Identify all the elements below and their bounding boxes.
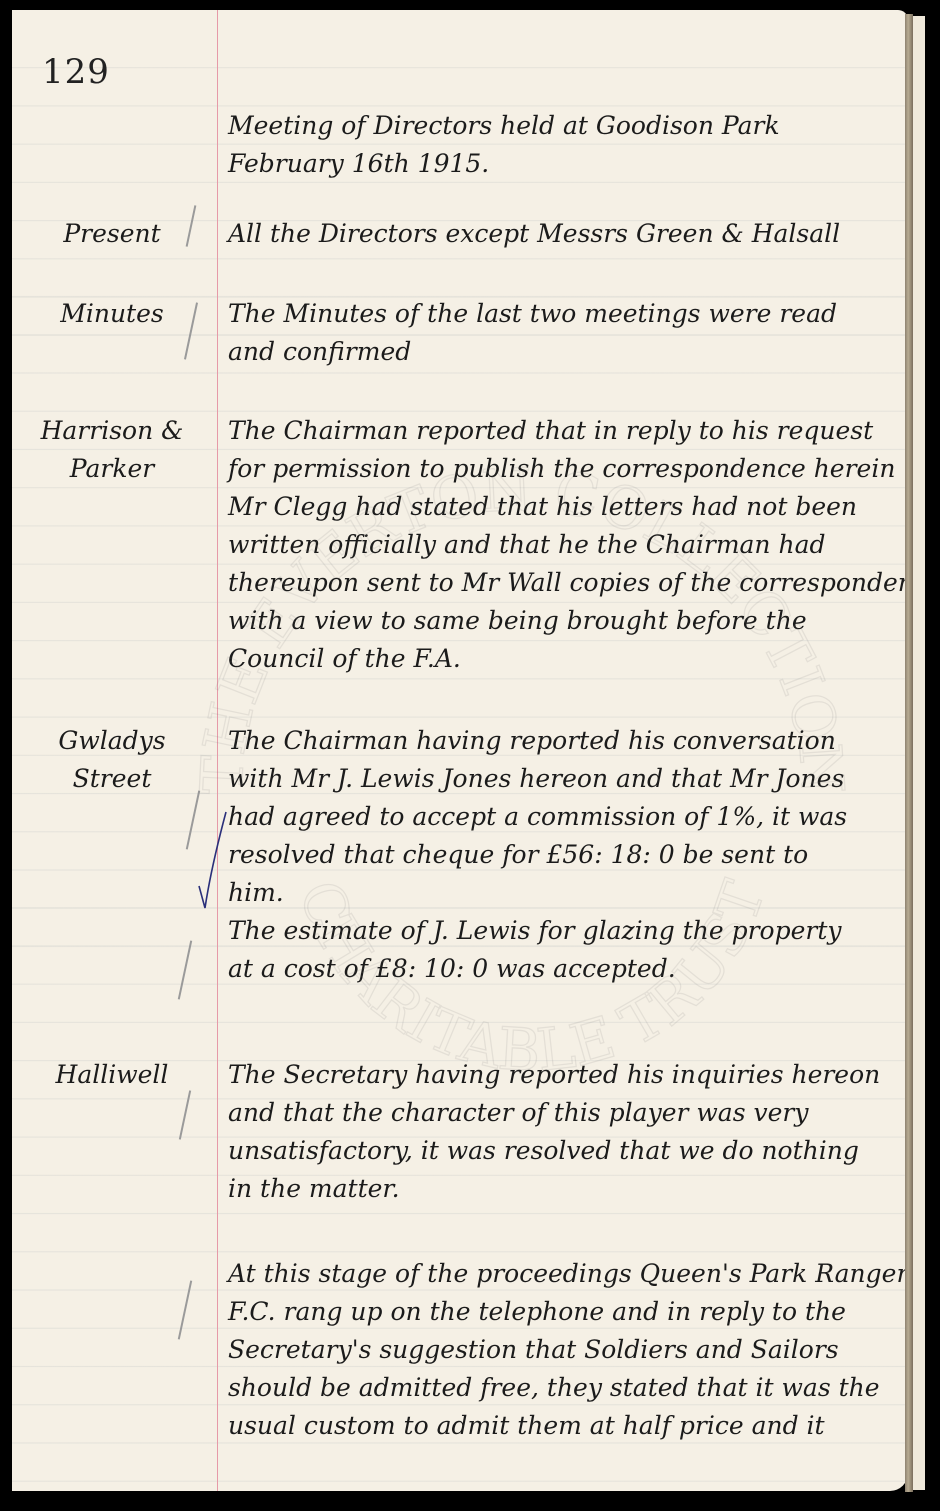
heading-date: February 16th 1915. bbox=[228, 145, 780, 183]
entry-body: The Chairman having reported his convers… bbox=[228, 722, 847, 988]
entry-body: All the Directors except Messrs Green & … bbox=[228, 215, 840, 253]
heading-title: Meeting of Directors held at Goodison Pa… bbox=[228, 107, 780, 145]
pencil-tick-icon bbox=[179, 1090, 191, 1139]
entry-label: Present bbox=[32, 215, 192, 253]
entry-label: Minutes bbox=[32, 295, 192, 333]
pencil-tick-icon bbox=[178, 940, 192, 999]
page-stack-edge bbox=[913, 16, 925, 1490]
meeting-heading: Meeting of Directors held at Goodison Pa… bbox=[228, 107, 780, 183]
page-number: 129 bbox=[42, 52, 110, 92]
pencil-tick-icon bbox=[178, 1280, 192, 1339]
entry-label: Gwladys Street bbox=[32, 722, 192, 798]
entry-body: The Chairman reported that in reply to h… bbox=[228, 412, 908, 678]
entry-body: The Secretary having reported his inquir… bbox=[228, 1056, 880, 1208]
margin-rule bbox=[217, 10, 218, 1491]
entry-body: The Minutes of the last two meetings wer… bbox=[228, 295, 837, 371]
blue-checkmark-icon bbox=[197, 808, 227, 914]
entry-label: Harrison & Parker bbox=[32, 412, 192, 488]
book-binding bbox=[905, 14, 913, 1492]
entry-label: Halliwell bbox=[32, 1056, 192, 1094]
entry-body: At this stage of the proceedings Queen's… bbox=[228, 1255, 908, 1445]
ledger-page: 129 Meeting of Directors held at Goodiso… bbox=[12, 10, 908, 1491]
